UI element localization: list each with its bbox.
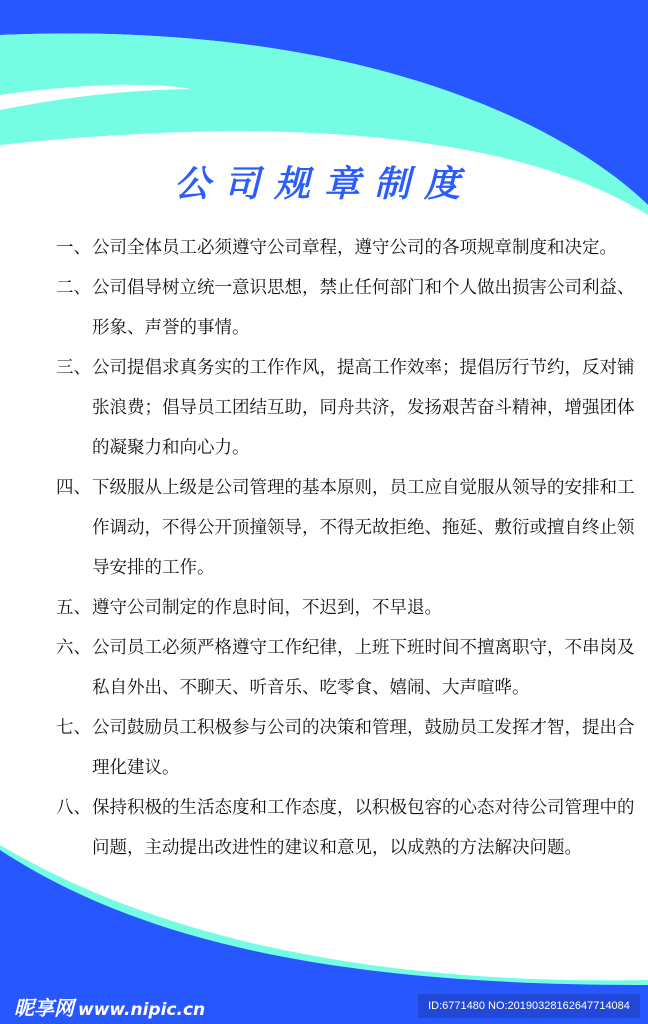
rule-item: 六、公司员工必须严格遵守工作纪律，上班下班时间不擅离职守，不串岗及私自外出、不聊…	[56, 628, 648, 708]
watermark-logo: 昵享网www.nipic.cn	[14, 992, 205, 1021]
image-id-badge: ID:6771480 NO:20190328162647714084	[418, 994, 640, 1018]
rule-item: 一、公司全体员工必须遵守公司章程，遵守公司的各项规章制度和决定。	[56, 228, 648, 268]
rules-list: 一、公司全体员工必须遵守公司章程，遵守公司的各项规章制度和决定。 二、公司倡导树…	[56, 228, 648, 868]
rule-item: 五、遵守公司制定的作息时间，不迟到，不早退。	[56, 588, 648, 628]
rule-item: 八、保持积极的生活态度和工作态度，以积极包容的心态对待公司管理中的问题，主动提出…	[56, 788, 648, 868]
page-title: 公司规章制度	[0, 156, 648, 207]
logo-url: www.nipic.cn	[78, 1000, 205, 1020]
rule-item: 二、公司倡导树立统一意识思想，禁止任何部门和个人做出损害公司利益、形象、声誉的事…	[56, 268, 648, 348]
logo-text: 昵享网	[14, 996, 74, 1020]
rule-item: 七、公司鼓励员工积极参与公司的决策和管理，鼓励员工发挥才智，提出合理化建议。	[56, 708, 648, 788]
rule-item: 四、下级服从上级是公司管理的基本原则，员工应自觉服从领导的安排和工作调动，不得公…	[56, 468, 648, 588]
rule-item: 三、公司提倡求真务实的工作作风，提高工作效率；提倡厉行节约，反对铺张浪费；倡导员…	[56, 348, 648, 468]
